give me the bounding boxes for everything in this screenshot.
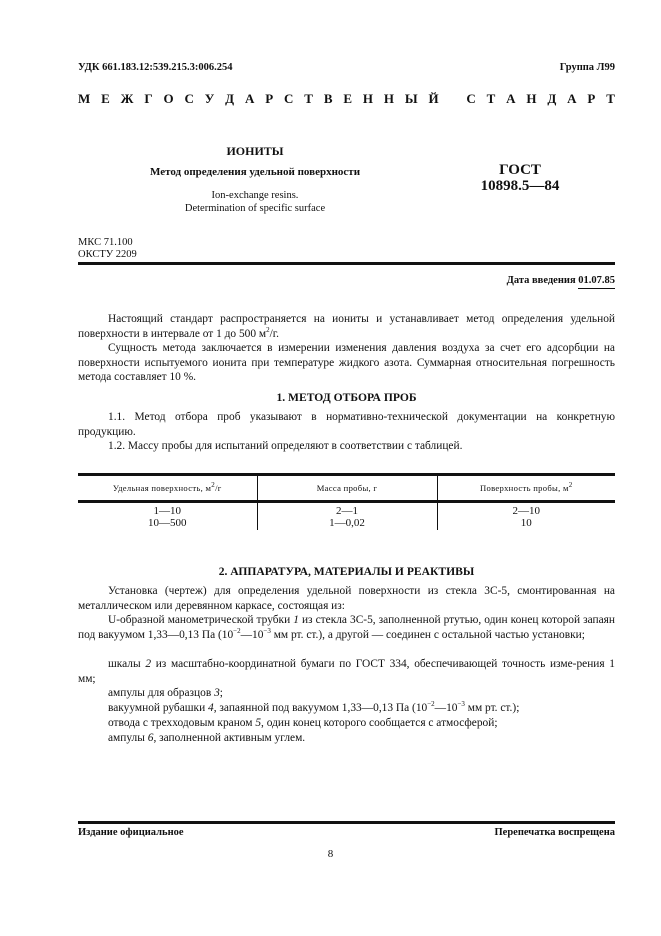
document-title: ИОНИТЫ	[130, 144, 380, 159]
section-2-item-ampoules: ампулы для образцов 3;	[78, 686, 615, 701]
introduction-date: Дата введения 01.07.85	[507, 275, 615, 286]
english-title-line-1: Ion-exchange resins.	[130, 190, 380, 203]
section-2-paragraph-1: Установка (чертеж) для определения удель…	[78, 584, 615, 613]
gost-number: 10898.5—84	[440, 178, 600, 194]
reprint-prohibited-note: Перепечатка воспрещена	[495, 827, 615, 838]
section-2-item-scale: шкалы 2 из масштабно-координатной бумаги…	[78, 657, 615, 686]
intro-paragraph-1: Настоящий стандарт распространяется на и…	[78, 312, 615, 341]
classification-codes: МКС 71.100 ОКСТУ 2209	[78, 237, 137, 260]
footer-divider	[78, 821, 615, 824]
section-1-paragraph-1: 1.1. Метод отбора проб указывают в норма…	[78, 410, 615, 439]
section-2-heading: 2. АППАРАТУРА, МАТЕРИАЛЫ И РЕАКТИВЫ	[78, 565, 615, 578]
page-number: 8	[0, 848, 661, 860]
interstate-standard-banner: МЕЖГОСУДАРСТВЕННЫЙСТАНДАРТ	[78, 91, 615, 107]
column-header-specific-surface: Удельная поверхность, м2/г	[78, 475, 257, 502]
table-cell-sample-surface: 2—1010	[437, 502, 615, 531]
official-edition-note: Издание официальное	[78, 827, 184, 838]
column-header-sample-mass: Масса пробы, г	[257, 475, 437, 502]
column-header-sample-surface: Поверхность пробы, м2	[437, 475, 615, 502]
english-title: Ion-exchange resins. Determination of sp…	[130, 190, 380, 215]
section-2-item-valve: отвода с трехходовым краном 5, один коне…	[78, 716, 615, 731]
okstu-code: ОКСТУ 2209	[78, 249, 137, 261]
table-row: 1—1010—500 2—11—0,02 2—1010	[78, 502, 615, 531]
mks-code: МКС 71.100	[78, 237, 137, 249]
section-1-paragraph-2: 1.2. Массу пробы для испытаний определяю…	[78, 439, 615, 454]
document-subtitle: Метод определения удельной поверхности	[100, 166, 410, 178]
udk-code: УДК 661.183.12:539.215.3:006.254	[78, 62, 232, 73]
table-cell-sample-mass: 2—11—0,02	[257, 502, 437, 531]
gost-designation: ГОСТ 10898.5—84	[440, 162, 600, 194]
section-2-item-vacuum-jacket: вакуумной рубашки 4, запаянной под вакуу…	[78, 701, 615, 716]
english-title-line-2: Determination of specific surface	[130, 203, 380, 216]
group-code: Группа Л99	[560, 62, 615, 73]
section-2-item-carbon-ampoule: ампулы 6, заполненной активным углем.	[78, 731, 615, 746]
intro-paragraph-2: Сущность метода заключается в измерении …	[78, 341, 615, 385]
table-cell-specific-surface: 1—1010—500	[78, 502, 257, 531]
intro-date-label: Дата введения	[507, 275, 576, 286]
table-header-row: Удельная поверхность, м2/г Масса пробы, …	[78, 475, 615, 502]
intro-date-value: 01.07.85	[578, 275, 615, 289]
header-divider	[78, 262, 615, 265]
gost-label: ГОСТ	[440, 162, 600, 178]
section-2-item-manometer: U-образной манометрической трубки 1 из с…	[78, 613, 615, 642]
section-1-heading: 1. МЕТОД ОТБОРА ПРОБ	[78, 391, 615, 404]
sample-mass-table: Удельная поверхность, м2/г Масса пробы, …	[78, 473, 615, 530]
